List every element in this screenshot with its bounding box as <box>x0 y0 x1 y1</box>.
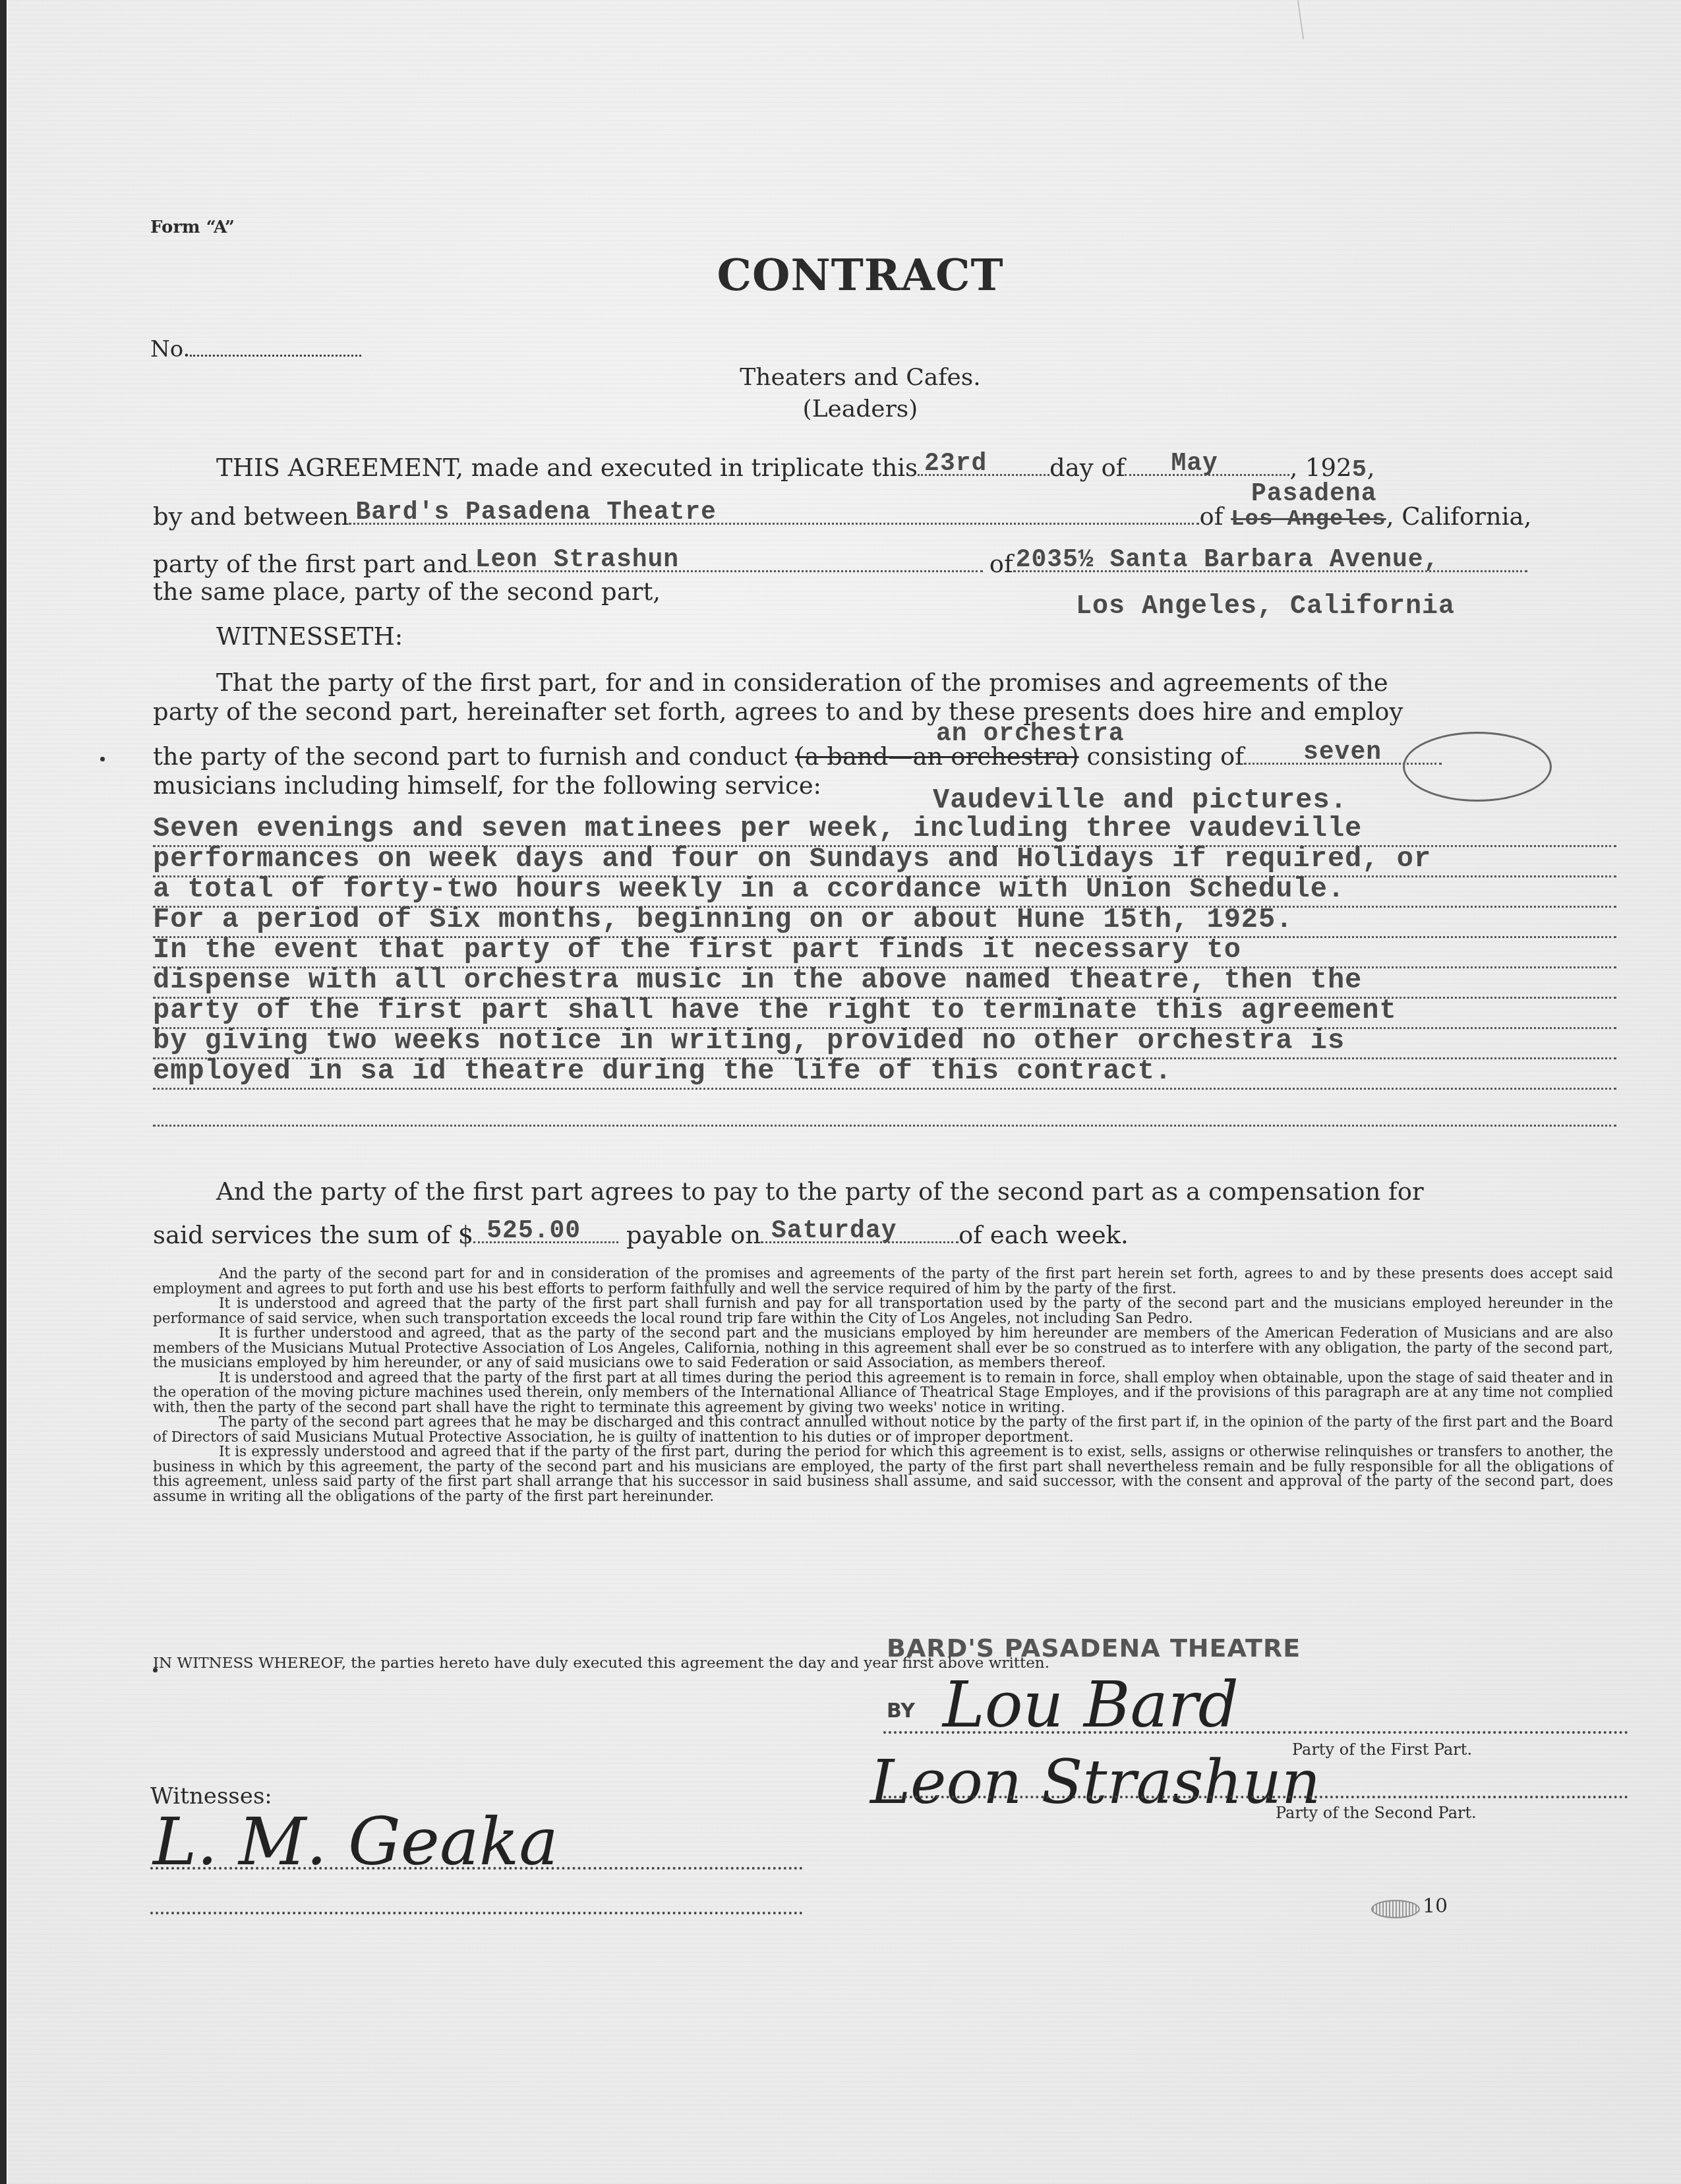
margin-mark <box>153 1668 158 1672</box>
witness-1-line[interactable] <box>150 1864 803 1870</box>
day-value: 23rd <box>924 450 987 478</box>
union-printing-label-icon <box>1371 1900 1420 1918</box>
body-line-1: That the party of the first part, for an… <box>216 668 1388 697</box>
first-party-signature: Lou Bard <box>943 1668 1239 1742</box>
musician-count-value: seven <box>1303 738 1382 767</box>
by-label: BY <box>887 1699 915 1723</box>
second-party-line: party of the first part andLeon Strashun… <box>153 550 1527 578</box>
witnesseth-label: WITNESSETH: <box>216 622 403 651</box>
same-place-line: the same place, party of the second part… <box>153 577 661 606</box>
body-line-4: musicians including himself, for the fol… <box>153 771 821 800</box>
second-party-address-value: 2035½ Santa Barbara Avenue, <box>1016 546 1440 574</box>
clause-transportation: It is understood and agreed that the par… <box>153 1297 1613 1326</box>
month-value: May <box>1171 450 1218 478</box>
first-party-field[interactable]: Bard's Pasadena Theatre <box>349 506 1199 525</box>
payment-line-2: said services the sum of $525.00 payable… <box>153 1221 1129 1249</box>
second-party-caption: Party of the Second Part. <box>1276 1804 1477 1822</box>
service-line[interactable] <box>153 1098 1616 1127</box>
service-line[interactable]: employed in sa id theatre during the lif… <box>153 1055 1616 1090</box>
body-line-3: the party of the second part to furnish … <box>153 742 1442 771</box>
paper-crease <box>1297 0 1304 40</box>
union-label-number: 10 <box>1423 1895 1448 1918</box>
pay-amount-field[interactable]: 525.00 <box>473 1224 618 1243</box>
day-of-label: day of <box>1049 454 1125 482</box>
second-party-address-line2: Los Angeles, California <box>1076 592 1455 622</box>
consisting-label: consisting of <box>1086 742 1244 771</box>
body-line-2: party of the second part, hereinafter se… <box>153 697 1403 726</box>
first-part-and-label: party of the first part and <box>153 550 469 578</box>
year-prefix: , 192 <box>1289 454 1351 482</box>
pay-day-field[interactable]: Saturday <box>761 1224 958 1243</box>
second-party-field[interactable]: Leon Strashun <box>469 553 983 572</box>
circled-count-mark <box>1403 732 1552 802</box>
witness-2-line[interactable] <box>150 1909 803 1914</box>
contract-number-field[interactable] <box>190 340 361 357</box>
day-field[interactable]: 23rd <box>918 457 1049 476</box>
pay-day-value: Saturday <box>771 1217 897 1245</box>
contract-number-label: No. <box>150 336 190 363</box>
overtyped-city: Pasadena <box>1251 480 1376 508</box>
fine-print: And the party of the second part for and… <box>153 1267 1613 1504</box>
clause-union-membership: It is further understood and agreed, tha… <box>153 1326 1613 1371</box>
second-party-signature-line[interactable] <box>883 1793 1628 1798</box>
clause-acceptance: And the party of the second part for and… <box>153 1267 1613 1297</box>
service-value: Vaudeville and pictures. <box>933 784 1347 816</box>
agreement-date-line: THIS AGREEMENT, made and executed in tri… <box>216 454 1375 484</box>
payment-line-1: And the party of the first part agrees t… <box>216 1177 1424 1206</box>
contract-number: No. <box>150 336 361 363</box>
second-party-address-field[interactable]: 2035½ Santa Barbara Avenue, <box>1013 553 1527 572</box>
pay-amount-value: 525.00 <box>487 1217 581 1245</box>
of-label: of <box>1199 502 1223 531</box>
agreement-intro: THIS AGREEMENT, made and executed in tri… <box>216 454 918 482</box>
page-title: CONTRACT <box>0 249 1681 301</box>
subtitle-leaders: (Leaders) <box>0 396 1681 423</box>
clause-discharge: The party of the second part agrees that… <box>153 1415 1613 1445</box>
form-label: Form “A” <box>150 218 235 237</box>
punctuation: , <box>1367 454 1375 482</box>
body-line-3-start: the party of the second part to furnish … <box>153 742 787 771</box>
margin-mark <box>100 757 105 761</box>
struck-choice: (a band—an orchestra) <box>795 742 1079 771</box>
of-label: of <box>983 550 1013 578</box>
each-week-label: of each week. <box>958 1221 1129 1249</box>
state-label: , California, <box>1386 502 1532 531</box>
clause-stage-employes: It is understood and agreed that the par… <box>153 1371 1613 1416</box>
subtitle: Theaters and Cafes. <box>0 364 1681 391</box>
second-party-value: Leon Strashun <box>475 546 679 574</box>
struck-city: Los Angeles <box>1231 507 1386 532</box>
second-party-signature: Leon Strashun <box>870 1747 1320 1817</box>
witness-clause: IN WITNESS WHEREOF, the parties hereto h… <box>153 1655 1049 1672</box>
clause-transfer: It is expressly understood and agreed th… <box>153 1445 1613 1504</box>
between-label: by and between <box>153 502 349 531</box>
pay-sum-label: said services the sum of $ <box>153 1221 473 1249</box>
scanner-edge <box>0 0 7 2184</box>
month-field[interactable]: May <box>1125 457 1289 476</box>
payable-on-label: payable on <box>626 1221 761 1249</box>
first-party-value: Bard's Pasadena Theatre <box>355 498 717 527</box>
